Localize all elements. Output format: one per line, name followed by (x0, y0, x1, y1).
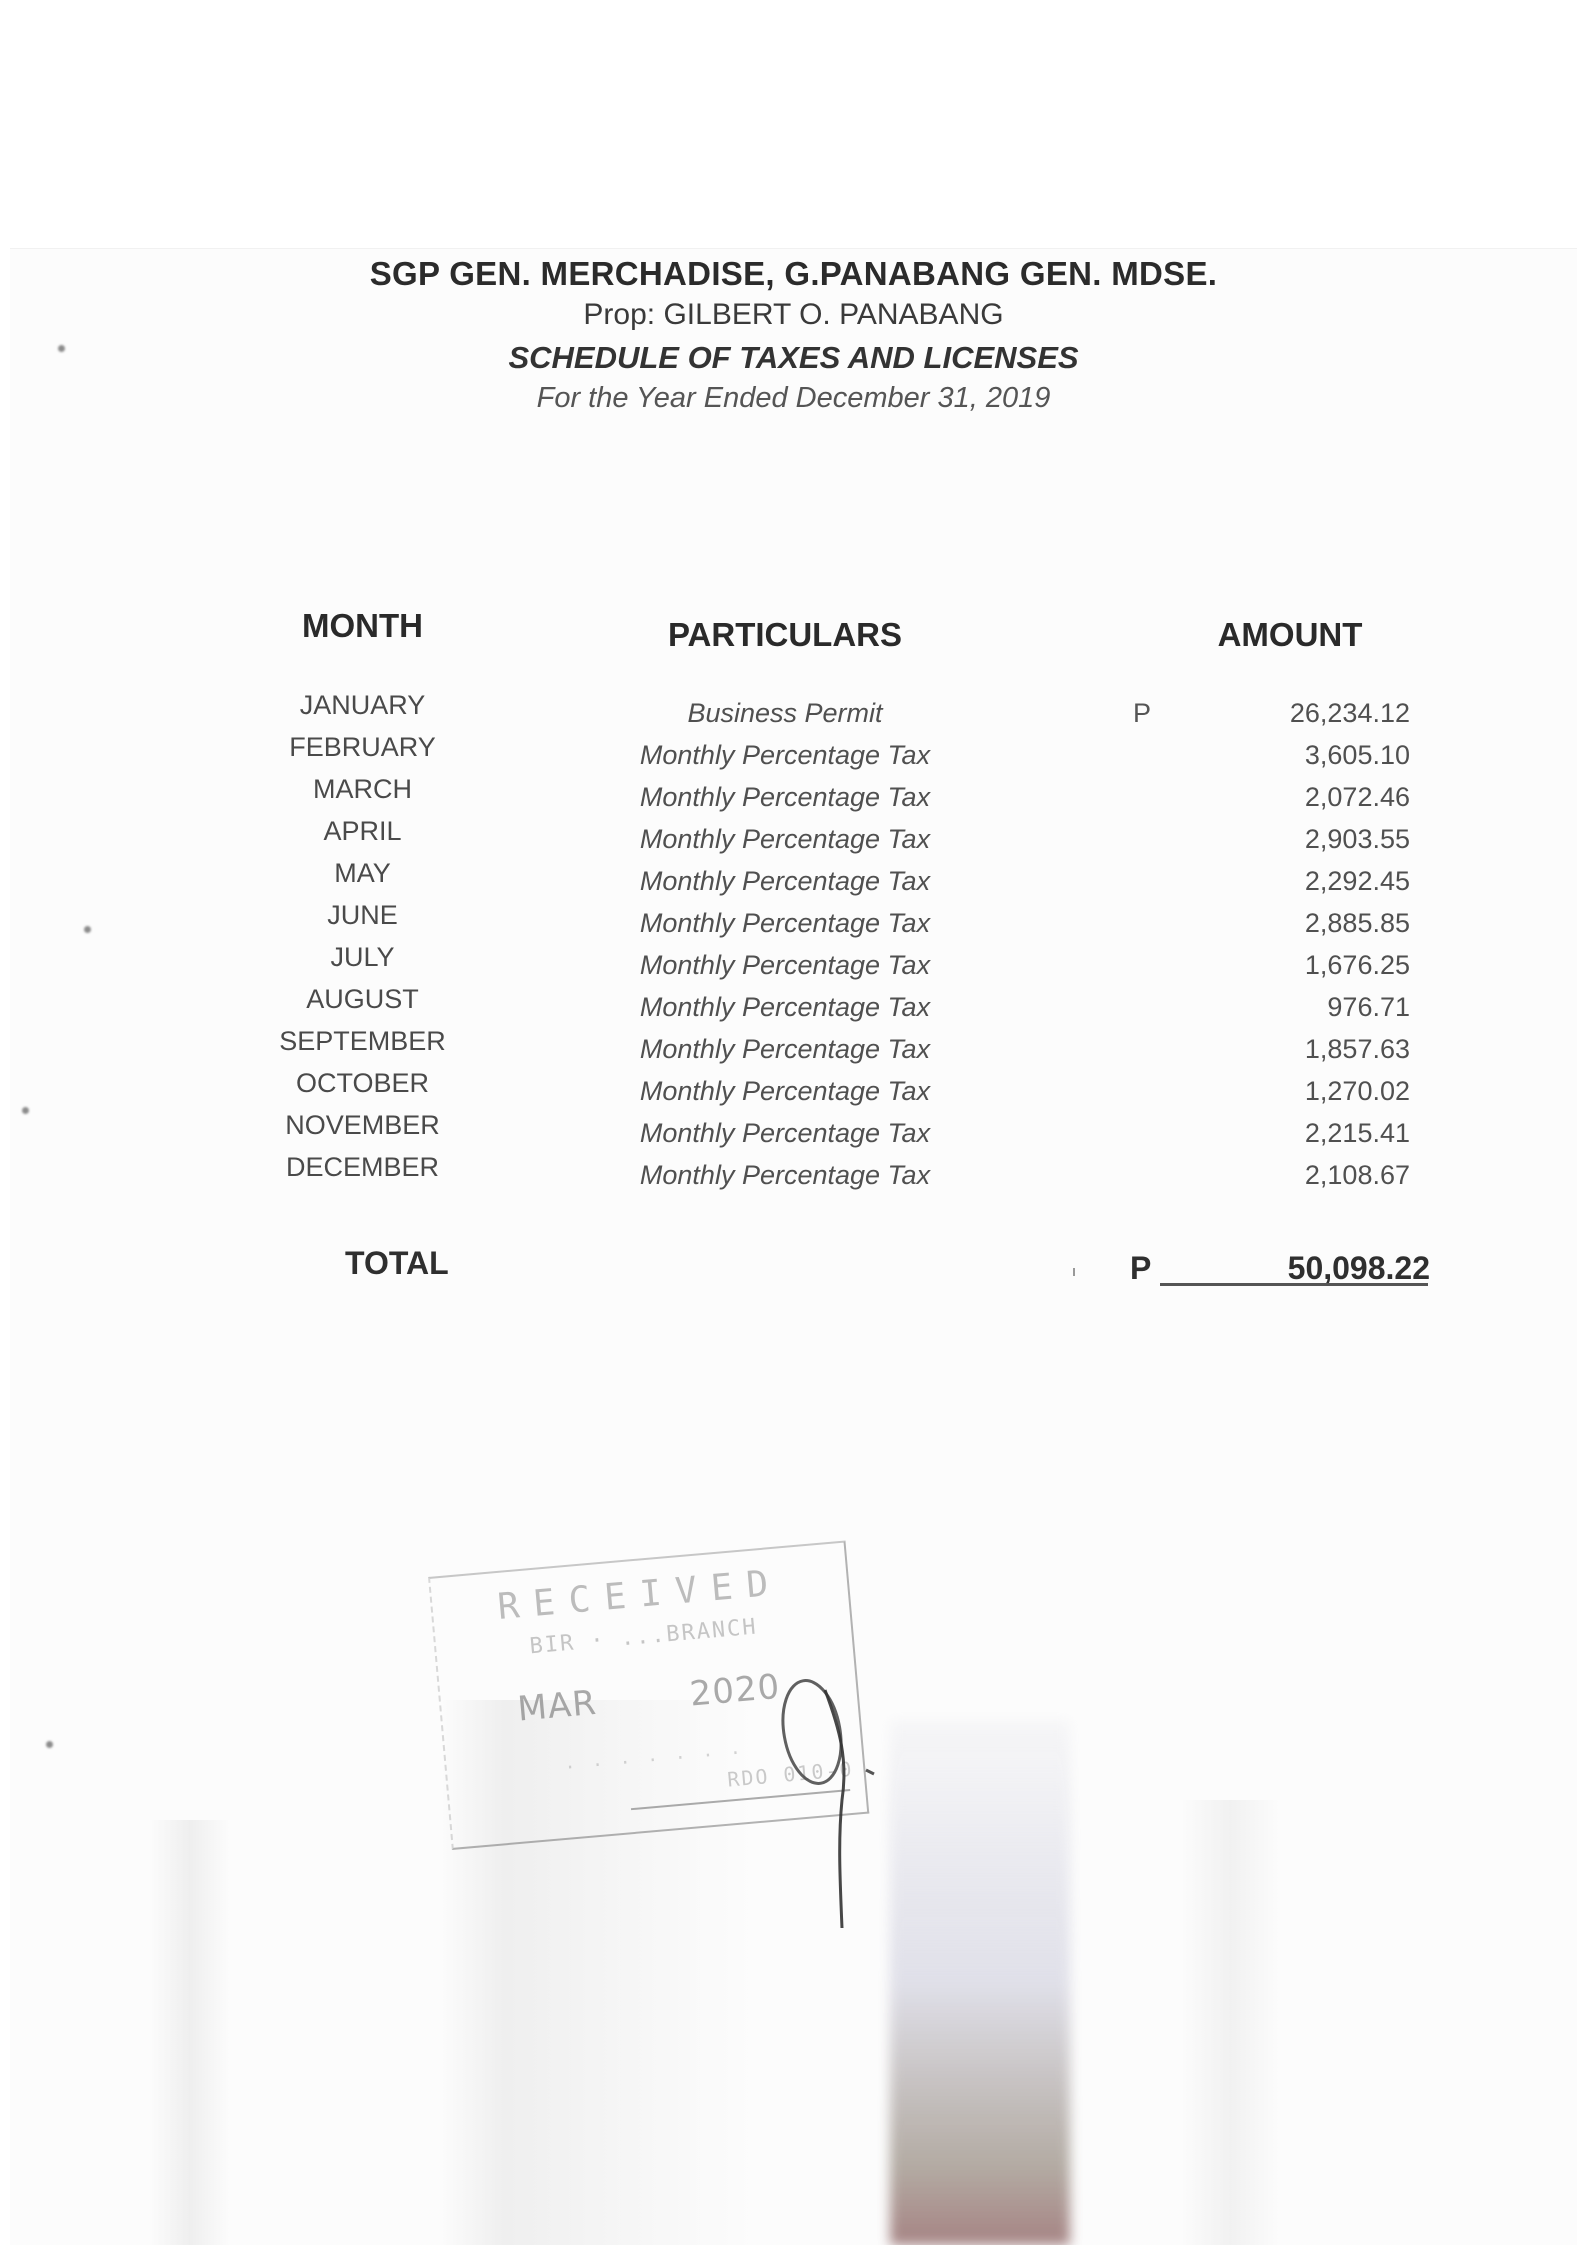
total-label: TOTAL (345, 1245, 449, 1282)
stamp-date-year: 2020 (688, 1667, 782, 1715)
total-amount: 50,098.22 (1160, 1250, 1430, 1287)
table-row: NOVEMBERMonthly Percentage Tax2,215.41 (0, 1110, 1587, 1152)
month-cell: JANUARY (250, 690, 475, 721)
amount-cell: 2,885.85 (1200, 908, 1410, 939)
column-header-month: MONTH (250, 607, 475, 645)
amount-cell: 2,292.45 (1200, 866, 1410, 897)
stamp-date-month: MAR (516, 1683, 598, 1730)
margin-dot (46, 1741, 53, 1748)
month-cell: SEPTEMBER (250, 1026, 475, 1057)
month-cell: NOVEMBER (250, 1110, 475, 1141)
month-cell: AUGUST (250, 984, 475, 1015)
month-cell: MAY (250, 858, 475, 889)
column-header-particulars: PARTICULARS (580, 616, 990, 654)
currency-cell: P (1133, 698, 1163, 729)
total-currency: P (1130, 1250, 1151, 1287)
amount-cell: 2,072.46 (1200, 782, 1410, 813)
month-cell: JUNE (250, 900, 475, 931)
company-name: SGP GEN. MERCHADISE, G.PANABANG GEN. MDS… (0, 255, 1587, 293)
amount-cell: 2,108.67 (1200, 1160, 1410, 1191)
table-row: JUNEMonthly Percentage Tax2,885.85 (0, 900, 1587, 942)
proprietor-line: Prop: GILBERT O. PANABANG (0, 298, 1587, 332)
table-row: MARCHMonthly Percentage Tax2,072.46 (0, 774, 1587, 816)
table-row: APRILMonthly Percentage Tax2,903.55 (0, 816, 1587, 858)
document-page (10, 248, 1577, 2245)
table-row: FEBRUARYMonthly Percentage Tax3,605.10 (0, 732, 1587, 774)
month-cell: APRIL (250, 816, 475, 847)
total-underline (1160, 1283, 1428, 1286)
particular-cell: Business Permit (580, 698, 990, 729)
particular-cell: Monthly Percentage Tax (580, 1118, 990, 1149)
table-row: AUGUSTMonthly Percentage Tax976.71 (0, 984, 1587, 1026)
table-row: JANUARYBusiness PermitP26,234.12 (0, 690, 1587, 732)
table-row: MAYMonthly Percentage Tax2,292.45 (0, 858, 1587, 900)
month-cell: FEBRUARY (250, 732, 475, 763)
month-cell: OCTOBER (250, 1068, 475, 1099)
amount-cell: 1,857.63 (1200, 1034, 1410, 1065)
amount-cell: 2,903.55 (1200, 824, 1410, 855)
amount-cell: 976.71 (1200, 992, 1410, 1023)
signature-mark (770, 1670, 890, 1940)
month-cell: DECEMBER (250, 1152, 475, 1183)
particular-cell: Monthly Percentage Tax (580, 992, 990, 1023)
particular-cell: Monthly Percentage Tax (580, 950, 990, 981)
month-cell: JULY (250, 942, 475, 973)
particular-cell: Monthly Percentage Tax (580, 866, 990, 897)
month-cell: MARCH (250, 774, 475, 805)
particular-cell: Monthly Percentage Tax (580, 740, 990, 771)
column-header-amount: AMOUNT (1180, 616, 1400, 654)
particular-cell: Monthly Percentage Tax (580, 908, 990, 939)
particular-cell: Monthly Percentage Tax (580, 1034, 990, 1065)
amount-cell: 2,215.41 (1200, 1118, 1410, 1149)
tick-mark (1073, 1268, 1075, 1276)
amount-cell: 3,605.10 (1200, 740, 1410, 771)
table-row: OCTOBERMonthly Percentage Tax1,270.02 (0, 1068, 1587, 1110)
particular-cell: Monthly Percentage Tax (580, 824, 990, 855)
particular-cell: Monthly Percentage Tax (580, 782, 990, 813)
amount-cell: 1,270.02 (1200, 1076, 1410, 1107)
particular-cell: Monthly Percentage Tax (580, 1160, 990, 1191)
table-row: JULYMonthly Percentage Tax1,676.25 (0, 942, 1587, 984)
period-line: For the Year Ended December 31, 2019 (0, 382, 1587, 415)
table-row: DECEMBERMonthly Percentage Tax2,108.67 (0, 1152, 1587, 1194)
particular-cell: Monthly Percentage Tax (580, 1076, 990, 1107)
document-title: SCHEDULE OF TAXES AND LICENSES (0, 340, 1587, 376)
amount-cell: 26,234.12 (1200, 698, 1410, 729)
amount-cell: 1,676.25 (1200, 950, 1410, 981)
table-row: SEPTEMBERMonthly Percentage Tax1,857.63 (0, 1026, 1587, 1068)
